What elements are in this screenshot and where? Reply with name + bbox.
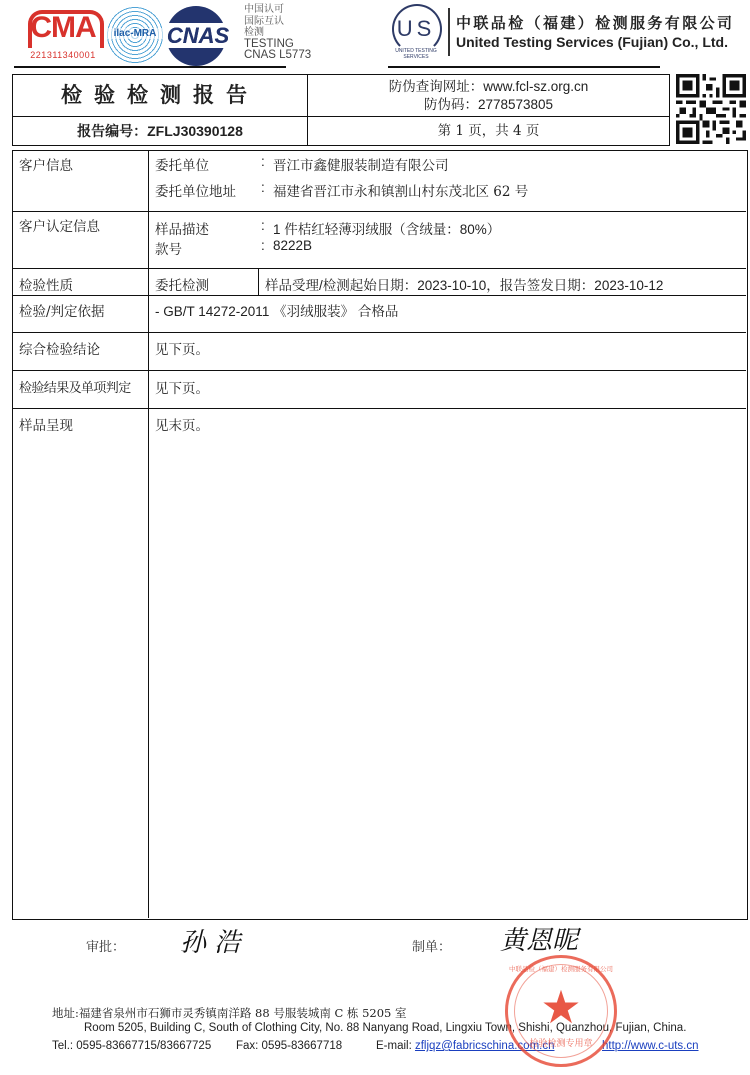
logo-separator — [448, 8, 450, 56]
approver-label: 审批： — [86, 936, 125, 955]
colon: : — [261, 180, 265, 195]
sample-description: 1 件桔红轻薄羽绒服（含绒量：80%） — [273, 218, 500, 238]
footer-website-link[interactable]: http://www.c-uts.cn — [602, 1040, 699, 1052]
report-title: 检验检测报告 — [13, 75, 308, 117]
basis-value: - GB/T 14272-2011 《羽绒服装》 合格品 — [149, 296, 746, 336]
label-basis: 检验/判定依据 — [13, 296, 149, 332]
cma-logo: CMA 221311340001 — [24, 8, 102, 56]
footer-email-label: E-mail: — [376, 1040, 415, 1052]
accreditation-cn-2: 国际互认 — [244, 16, 311, 28]
ilac-mra-logo: ilac-MRA — [106, 6, 164, 64]
address-label: 委托单位地址 — [155, 180, 236, 200]
accreditation-en-2: CNAS L5773 — [244, 50, 311, 62]
anti-fake-code-line: 防伪码：2778573805 — [308, 96, 669, 114]
anti-fake-code-label: 防伪码： — [424, 97, 478, 113]
style-number: 8222B — [273, 238, 312, 253]
uts-logo: US UNITED TESTING SERVICES — [386, 4, 446, 62]
ilac-mra-label: ilac-MRA — [106, 28, 164, 39]
anti-fake-code: 2778573805 — [478, 97, 553, 112]
row-conclusion: 综合检验结论 见下页。 — [13, 333, 746, 371]
colon: : — [261, 238, 265, 253]
company-name-cn: 中联品检（福建）检测服务有限公司 — [456, 12, 734, 33]
label-conclusion: 综合检验结论 — [13, 333, 149, 370]
cma-logo-text: CMA — [24, 8, 102, 48]
value-client-info: 委托单位 : 晋江市鑫健服装制造有限公司 委托单位地址 : 福建省晋江市永和镇割… — [149, 151, 746, 211]
page-info: 第 1 页，共 4 页 — [308, 117, 669, 145]
header-divider-left — [14, 66, 286, 68]
preparer-signature: 黄恩昵 — [500, 920, 578, 957]
report-number-cell: 报告编号：ZFLJ30390128 — [13, 117, 308, 145]
value-client-confirmed-info: 样品描述 : 1 件桔红轻薄羽绒服（含绒量：80%） 款号 : 8222B — [149, 212, 746, 268]
sample-desc-label: 样品描述 — [155, 218, 209, 238]
inspection-dates: 样品受理/检测起始日期：2023-10-10，报告签发日期：2023-10-12 — [259, 269, 746, 295]
preparer-label: 制单： — [412, 936, 451, 955]
cnas-label: CNAS — [166, 23, 230, 48]
row-inspection-type: 检验性质 委托检测 样品受理/检测起始日期：2023-10-10，报告签发日期：… — [13, 269, 746, 296]
company-name-en: United Testing Services (Fujian) Co., Lt… — [456, 34, 728, 50]
anti-fake-url[interactable]: www.fcl-sz.org.cn — [483, 79, 588, 94]
report-header-table: 检验检测报告 防伪查询网址：www.fcl-sz.org.cn 防伪码：2778… — [12, 74, 670, 146]
row-client-info: 客户信息 委托单位 : 晋江市鑫健服装制造有限公司 委托单位地址 : 福建省晋江… — [13, 151, 746, 212]
entrusting-unit-label: 委托单位 — [155, 154, 209, 174]
row-client-confirmed-info: 客户认定信息 样品描述 : 1 件桔红轻薄羽绒服（含绒量：80%） 款号 : 8… — [13, 212, 746, 269]
cma-number: 221311340001 — [24, 50, 102, 60]
results-value: 见下页。 — [149, 371, 746, 414]
conclusion-value: 见下页。 — [149, 333, 746, 375]
footer-tel: Tel.: 0595-83667715/83667725 — [52, 1040, 211, 1052]
label-client-info: 客户信息 — [13, 151, 149, 211]
style-no-label: 款号 — [155, 238, 182, 258]
report-number: ZFLJ30390128 — [147, 123, 243, 139]
accreditation-text: 中国认可 国际互认 检测 TESTING CNAS L5773 — [244, 4, 311, 62]
label-sample-presentation: 样品呈现 — [13, 409, 149, 918]
report-number-label: 报告编号： — [77, 123, 147, 139]
row-sample-presentation: 样品呈现 见末页。 — [13, 409, 746, 918]
official-seal: 中联品检（福建）检测服务有限公司 ★ 检验检测专用章 — [505, 955, 617, 1067]
star-icon: ★ — [508, 984, 614, 1030]
sample-presentation-value: 见末页。 — [149, 409, 746, 923]
label-results: 检验结果及单项判定 — [13, 371, 149, 408]
anti-fake-url-line: 防伪查询网址：www.fcl-sz.org.cn — [308, 78, 669, 96]
colon: : — [261, 218, 265, 233]
row-results: 检验结果及单项判定 见下页。 — [13, 371, 746, 409]
colon: : — [261, 154, 265, 169]
header-divider-right — [388, 66, 660, 68]
anti-fake-cell: 防伪查询网址：www.fcl-sz.org.cn 防伪码：2778573805 — [308, 75, 669, 117]
approver-signature: 孙 浩 — [180, 922, 240, 959]
cnas-logo-text: CNAS — [162, 23, 234, 49]
report-main-table: 客户信息 委托单位 : 晋江市鑫健服装制造有限公司 委托单位地址 : 福建省晋江… — [12, 150, 748, 920]
row-basis: 检验/判定依据 - GB/T 14272-2011 《羽绒服装》 合格品 — [13, 296, 746, 333]
label-inspection-type: 检验性质 — [13, 269, 149, 295]
anti-fake-url-label: 防伪查询网址： — [389, 79, 484, 95]
cnas-logo: CNAS — [162, 6, 234, 66]
accreditation-cn-3: 检测 — [244, 27, 311, 39]
label-client-confirmed-info: 客户认定信息 — [13, 212, 149, 268]
accreditation-cn-1: 中国认可 — [244, 4, 311, 16]
uts-small-text: UNITED TESTING SERVICES — [386, 48, 446, 60]
footer-address-cn: 地址:福建省泉州市石狮市灵秀镇南洋路 88 号服装城南 C 栋 5205 室 — [52, 1005, 407, 1021]
inspection-type-value: 委托检测 — [149, 269, 259, 295]
uts-letters: US — [392, 16, 440, 42]
client-address: 福建省晋江市永和镇割山村东茂北区 62 号 — [273, 180, 528, 200]
entrusting-unit: 晋江市鑫健服装制造有限公司 — [273, 154, 449, 174]
qr-code-icon[interactable] — [676, 74, 746, 144]
seal-top-text: 中联品检（福建）检测服务有限公司 — [508, 964, 614, 973]
seal-bottom-text: 检验检测专用章 — [508, 1036, 614, 1049]
footer-fax: Fax: 0595-83667718 — [236, 1040, 342, 1052]
